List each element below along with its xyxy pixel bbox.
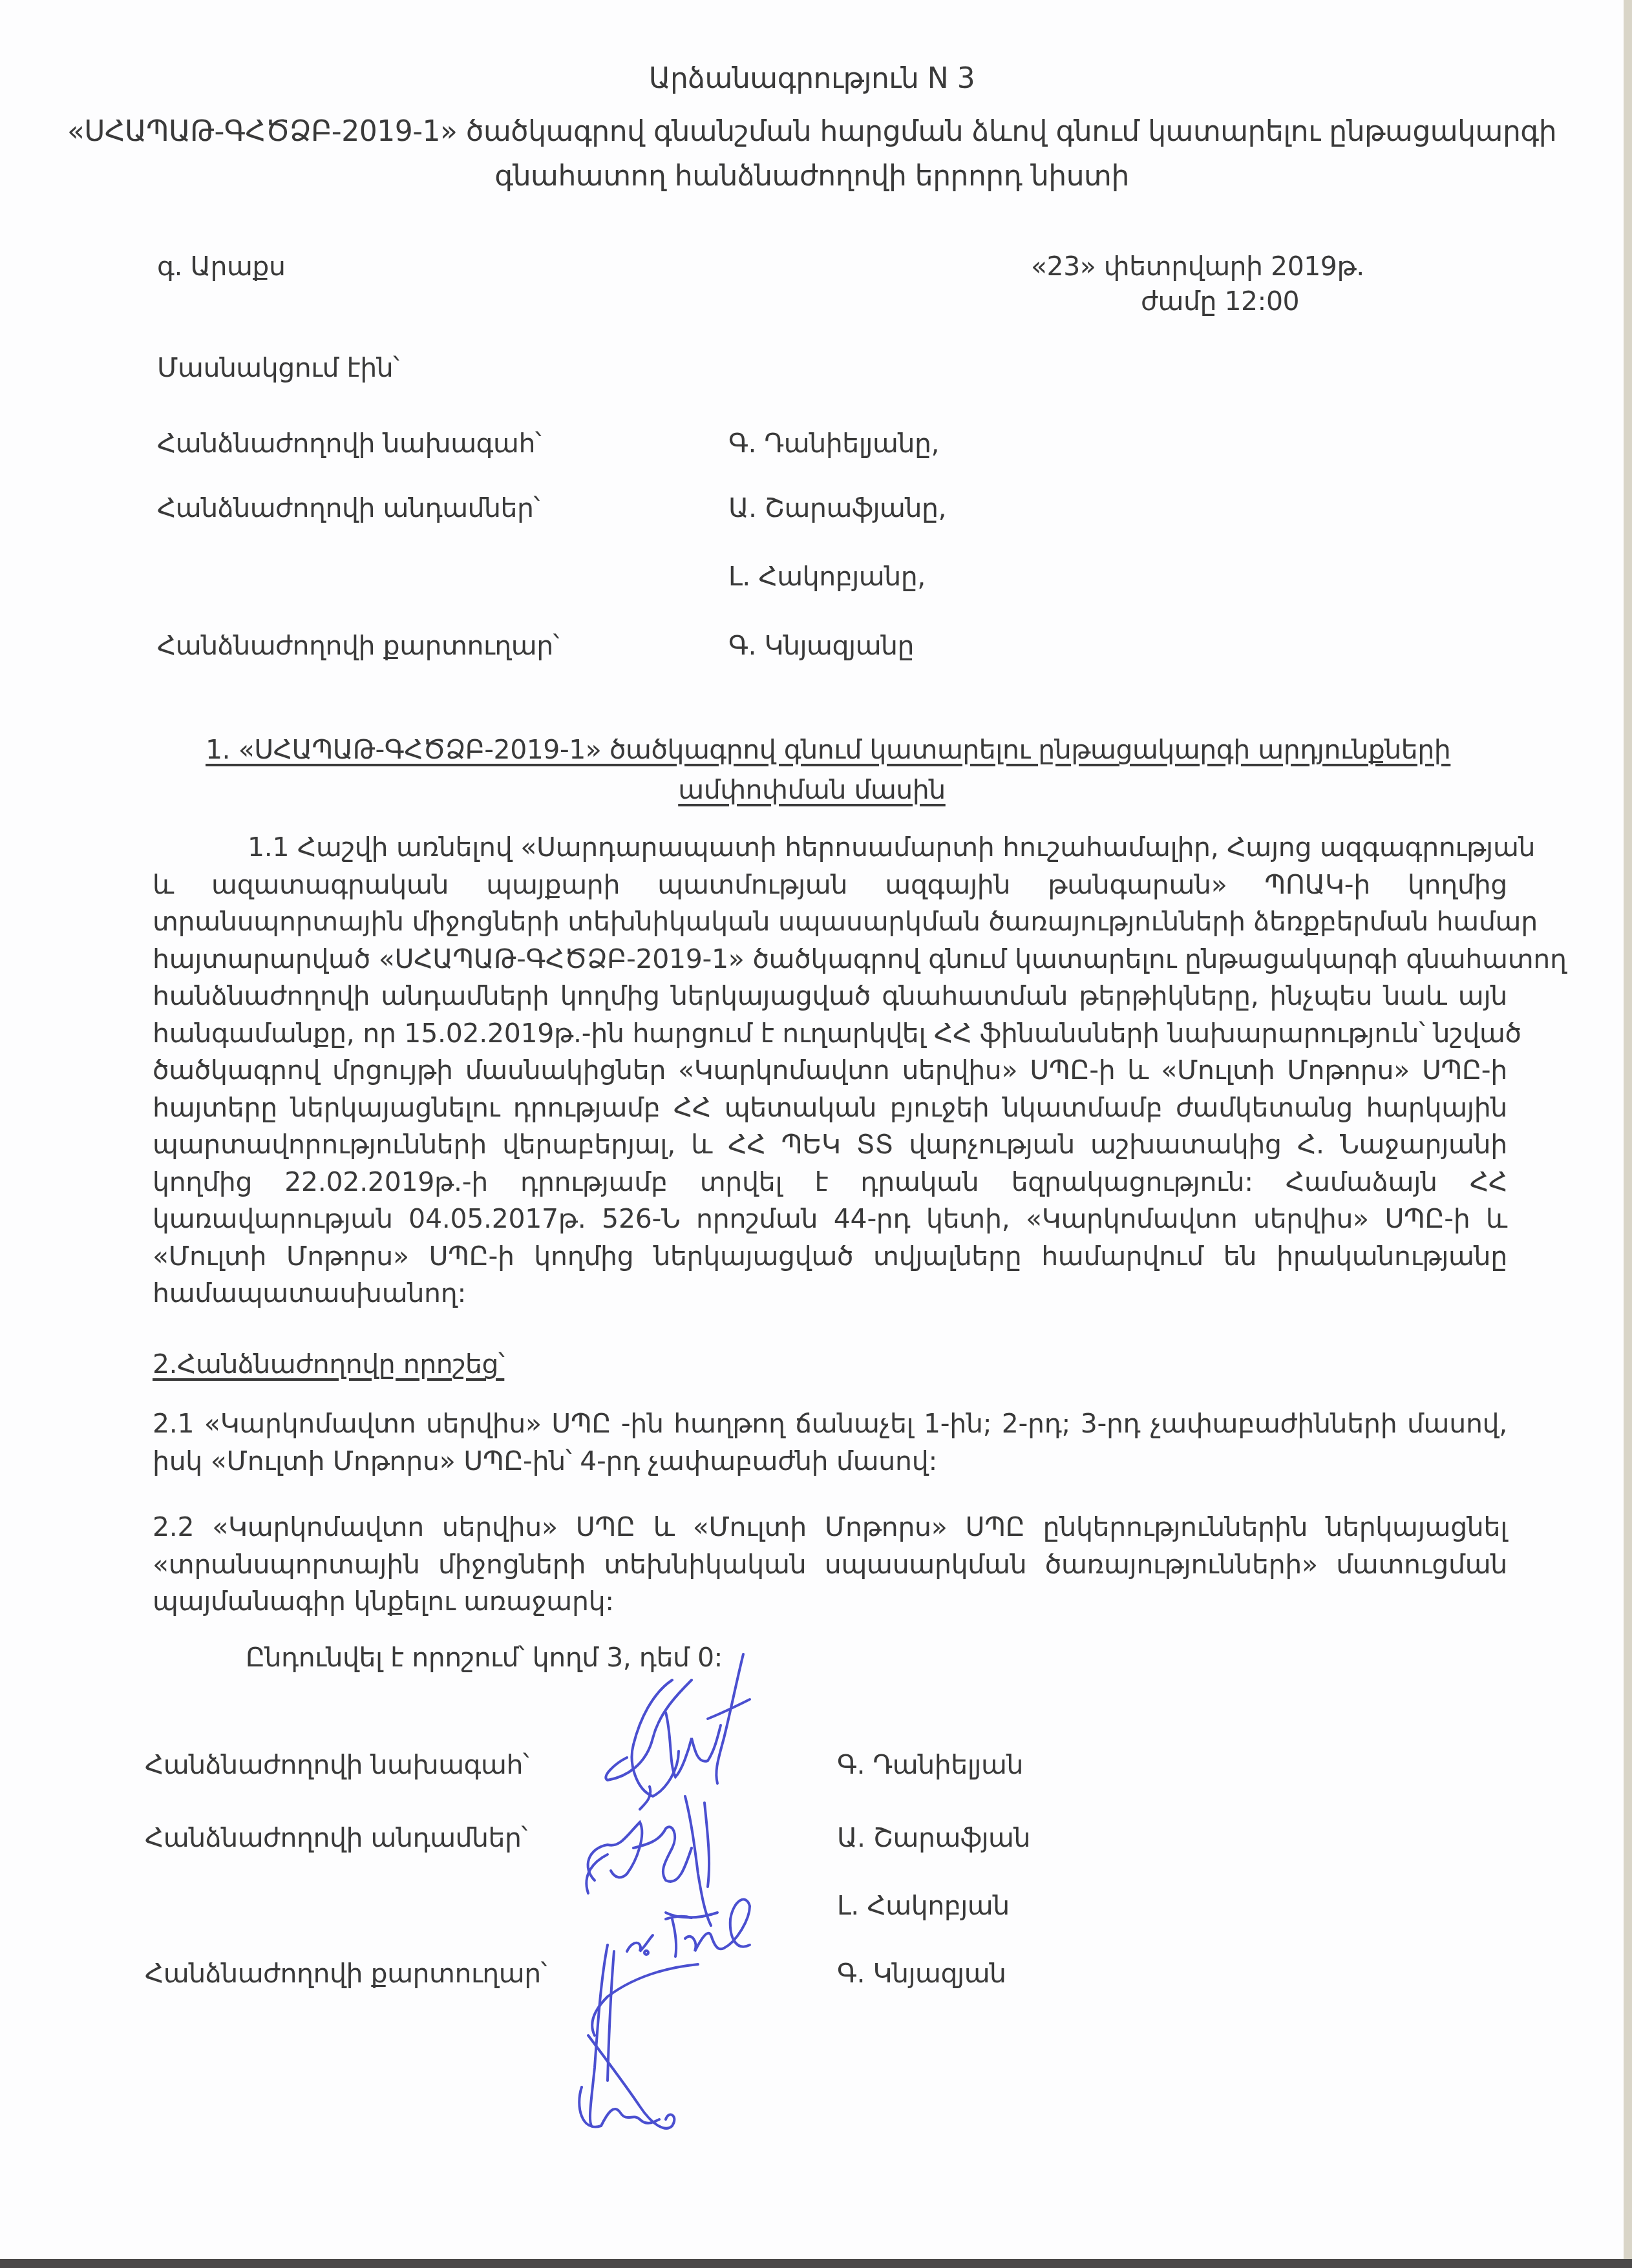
document-page: Արձանագրություն N 3 «ՍՀԱՊԱԹ-ԳՀԾՁԲ-2019-1… — [0, 0, 1624, 2259]
paragraph-line: 2.1 «Կարկոմավտո սերվիս» ՍՊԸ -ին հաղթող ճ… — [153, 1405, 1507, 1443]
paragraph-line: պայմանագիր կնքելու առաջարկ: — [153, 1583, 1507, 1621]
section2-item-2-1: 2.1 «Կարկոմավտո սերվիս» ՍՊԸ -ին հաղթող ճ… — [153, 1405, 1507, 1480]
signature-role-chair: Հանձնաժողովի նախագահ՝ — [145, 1749, 529, 1780]
document-subtitle-line-2: գնահատող հանձնաժողովի երրորդ նիստի — [0, 160, 1624, 193]
participant-name-member-2: Լ. Հակոբյանը, — [728, 561, 926, 592]
place: գ. Արաքս — [157, 251, 285, 282]
participant-name-member-1: Ա. Շարաֆյանը, — [728, 492, 946, 523]
paragraph-line: հայտերը ներկայացնելու դրությամբ ՀՀ պետակ… — [153, 1089, 1507, 1127]
document-title: Արձանագրություն N 3 — [0, 62, 1624, 95]
date: «23» փետրվարի 2019թ. — [1031, 251, 1364, 282]
section2-heading: 2.Հանձնաժողովը որոշեց՝ — [153, 1349, 504, 1380]
paragraph-line: «տրանսպորտային միջոցների տեխնիկական սպաս… — [153, 1546, 1507, 1584]
signature-name-secretary: Գ. Կնյազյան — [837, 1958, 1006, 1989]
participants-label: Մասնակցում էին՝ — [157, 352, 399, 383]
paragraph-line: կառավարության 04.05.2017թ. 526-Ն որոշման… — [153, 1201, 1507, 1238]
scanner-border-bottom — [0, 2259, 1632, 2268]
paragraph-line: և ազատագրական պայքարի պատմության ազգային… — [153, 866, 1507, 904]
participant-role-secretary: Հանձնաժողովի քարտուղար՝ — [157, 630, 559, 661]
signature-name-chair: Գ. Դանիելյան — [837, 1749, 1023, 1780]
section1-heading-line-2: ամփոփման մասին — [0, 774, 1624, 805]
section1-paragraph: 1.1 Հաշվի առնելով «Սարդարապատի հերոսամար… — [153, 829, 1507, 1312]
paragraph-line: համապատասխանող: — [153, 1275, 1507, 1312]
participant-name-secretary: Գ. Կնյազյանը — [728, 630, 914, 661]
paragraph-line: ծածկագրով մրցույթի մասնակիցներ «Կարկոմավ… — [153, 1052, 1507, 1089]
signature-secretary-handwritten-icon — [569, 1938, 737, 2152]
document-subtitle-line-1: «ՍՀԱՊԱԹ-ԳՀԾՁԲ-2019-1» ծածկագրով գնանշման… — [0, 115, 1624, 148]
paragraph-line: 1.1 Հաշվի առնելով «Սարդարապատի հերոսամար… — [153, 829, 1507, 866]
paragraph-line: կողմից 22.02.2019թ.-ի դրությամբ տրվել է … — [153, 1164, 1507, 1201]
participant-role-members: Հանձնաժողովի անդամներ՝ — [157, 492, 540, 523]
section1-heading-line-1: 1. «ՍՀԱՊԱԹ-ԳՀԾՁԲ-2019-1» ծածկագրով գնում… — [206, 734, 1450, 765]
signature-role-secretary: Հանձնաժողովի քարտուղար՝ — [145, 1958, 547, 1989]
paragraph-line: պարտավորությունների վերաբերյալ, և ՀՀ ՊԵԿ… — [153, 1126, 1507, 1164]
section2-item-2-2: 2.2 «Կարկոմավտո սերվիս» ՍՊԸ և «Մուլտի Մո… — [153, 1509, 1507, 1621]
participant-name-chair: Գ. Դանիելյանը, — [728, 428, 939, 459]
paragraph-line: «Մուլտի Մոթորս» ՍՊԸ-ի կողմից ներկայացված… — [153, 1238, 1507, 1276]
signature-role-members: Հանձնաժողովի անդամներ՝ — [145, 1822, 527, 1853]
signature-name-member-1: Ա. Շարաֆյան — [837, 1822, 1030, 1853]
paragraph-line: 2.2 «Կարկոմավտո սերվիս» ՍՊԸ և «Մուլտի Մո… — [153, 1509, 1507, 1546]
paragraph-line: հանգամանքը, որ 15.02.2019թ.-ին հարցում է… — [153, 1015, 1507, 1053]
participant-role-chair: Հանձնաժողովի նախագահ՝ — [157, 428, 541, 459]
time: ժամը 12:00 — [1141, 286, 1299, 317]
paragraph-line: հայտարարված «ՍՀԱՊԱԹ-ԳՀԾՁԲ-2019-1» ծածկագ… — [153, 941, 1507, 978]
signature-name-member-2: Լ. Հակոբյան — [837, 1890, 1010, 1921]
paragraph-line: հանձնաժողովի անդամների կողմից ներկայացվա… — [153, 978, 1507, 1015]
paragraph-line: իսկ «Մուլտի Մոթորս» ՍՊԸ-ին՝ 4-րդ չափաբաժ… — [153, 1443, 1507, 1480]
paragraph-line: տրանսպորտային միջոցների տեխնիկական սպասա… — [153, 903, 1507, 941]
